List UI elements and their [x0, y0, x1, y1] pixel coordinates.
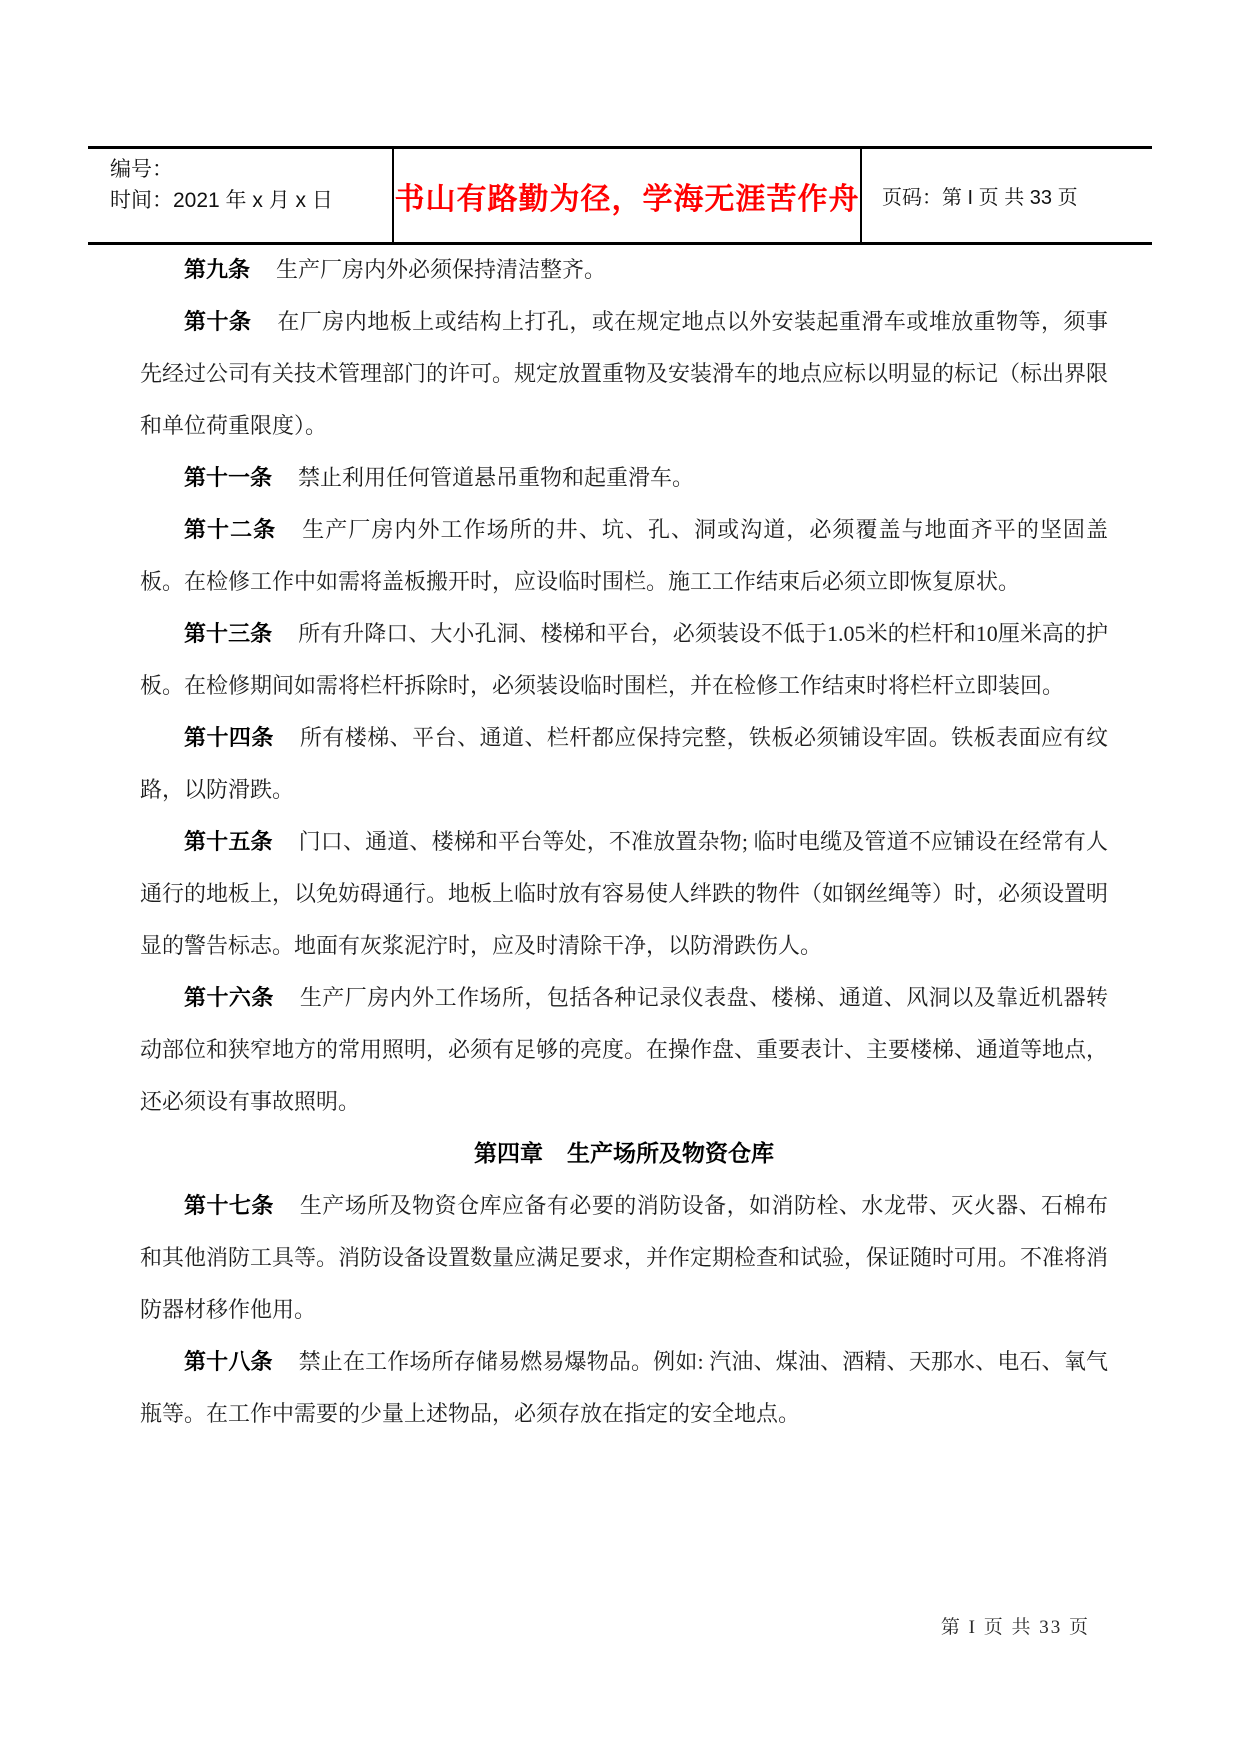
article-number: 第十七条 — [184, 1193, 274, 1218]
header-cell-page: 页码：第 I 页 共 33 页 — [862, 149, 1152, 242]
number-label: 编号： — [110, 154, 392, 185]
article-number: 第十二条 — [184, 517, 276, 542]
article-number: 第十三条 — [184, 621, 272, 646]
article-text: 生产场所及物资仓库应备有必要的消防设备，如消防栓、水龙带、灭火器、石棉布和其他消… — [140, 1193, 1108, 1322]
article-paragraph: 第十八条禁止在工作场所存储易燃易爆物品。例如: 汽油、煤油、酒精、天那水、电石、… — [140, 1336, 1108, 1440]
chapter-title: 生产场所及物资仓库 — [567, 1141, 774, 1166]
header-table: 编号： 时间：2021 年 x 月 x 日 书山有路勤为径，学海无涯苦作舟 页码… — [88, 146, 1152, 245]
article-number: 第十六条 — [184, 985, 274, 1010]
chapter-number: 第四章 — [474, 1141, 543, 1166]
article-number: 第十四条 — [184, 725, 274, 750]
article-paragraph: 第十四条所有楼梯、平台、通道、栏杆都应保持完整，铁板必须铺设牢固。铁板表面应有纹… — [140, 712, 1108, 816]
slogan-text: 书山有路勤为径，学海无涯苦作舟 — [395, 174, 860, 218]
date-label: 时间：2021 年 x 月 x 日 — [110, 185, 392, 216]
article-text: 在厂房内地板上或结构上打孔，或在规定地点以外安装起重滑车或堆放重物等，须事先经过… — [140, 309, 1108, 438]
article-number: 第十条 — [184, 309, 251, 334]
article-number: 第十一条 — [184, 465, 272, 490]
article-text: 生产厂房内外工作场所，包括各种记录仪表盘、楼梯、通道、风洞以及靠近机器转动部位和… — [140, 985, 1108, 1114]
article-paragraph: 第十三条所有升降口、大小孔洞、楼梯和平台，必须装设不低于1.05米的栏杆和10厘… — [140, 608, 1108, 712]
footer-page-number: 第 I 页 共 33 页 — [941, 1612, 1090, 1639]
header-cell-slogan: 书山有路勤为径，学海无涯苦作舟 — [394, 149, 862, 242]
article-number: 第十五条 — [184, 829, 273, 854]
article-text: 所有楼梯、平台、通道、栏杆都应保持完整，铁板必须铺设牢固。铁板表面应有纹路，以防… — [140, 725, 1108, 802]
article-paragraph: 第九条生产厂房内外必须保持清洁整齐。 — [140, 244, 1108, 296]
article-paragraph: 第十六条生产厂房内外工作场所，包括各种记录仪表盘、楼梯、通道、风洞以及靠近机器转… — [140, 972, 1108, 1128]
article-paragraph: 第十五条门口、通道、楼梯和平台等处，不准放置杂物; 临时电缆及管道不应铺设在经常… — [140, 816, 1108, 972]
article-paragraph: 第十条在厂房内地板上或结构上打孔，或在规定地点以外安装起重滑车或堆放重物等，须事… — [140, 296, 1108, 452]
article-text: 禁止利用任何管道悬吊重物和起重滑车。 — [298, 465, 694, 490]
article-paragraph: 第十七条生产场所及物资仓库应备有必要的消防设备，如消防栓、水龙带、灭火器、石棉布… — [140, 1180, 1108, 1336]
page-label: 页码：第 I 页 共 33 页 — [882, 181, 1078, 210]
article-text: 所有升降口、大小孔洞、楼梯和平台，必须装设不低于1.05米的栏杆和10厘米高的护… — [140, 621, 1108, 698]
document-page: 编号： 时间：2021 年 x 月 x 日 书山有路勤为径，学海无涯苦作舟 页码… — [0, 0, 1241, 1755]
chapter-heading: 第四章生产场所及物资仓库 — [140, 1128, 1108, 1180]
header-cell-meta: 编号： 时间：2021 年 x 月 x 日 — [88, 149, 394, 242]
document-body: 第九条生产厂房内外必须保持清洁整齐。 第十条在厂房内地板上或结构上打孔，或在规定… — [140, 244, 1108, 1440]
article-text: 生产厂房内外必须保持清洁整齐。 — [276, 257, 606, 282]
article-number: 第十八条 — [184, 1349, 273, 1374]
article-paragraph: 第十一条禁止利用任何管道悬吊重物和起重滑车。 — [140, 452, 1108, 504]
article-text: 禁止在工作场所存储易燃易爆物品。例如: 汽油、煤油、酒精、天那水、电石、氧气瓶等… — [140, 1349, 1108, 1426]
article-number: 第九条 — [184, 257, 250, 282]
article-text: 生产厂房内外工作场所的井、坑、孔、洞或沟道，必须覆盖与地面齐平的坚固盖板。在检修… — [140, 517, 1108, 594]
article-text: 门口、通道、楼梯和平台等处，不准放置杂物; 临时电缆及管道不应铺设在经常有人通行… — [140, 829, 1108, 958]
article-paragraph: 第十二条生产厂房内外工作场所的井、坑、孔、洞或沟道，必须覆盖与地面齐平的坚固盖板… — [140, 504, 1108, 608]
